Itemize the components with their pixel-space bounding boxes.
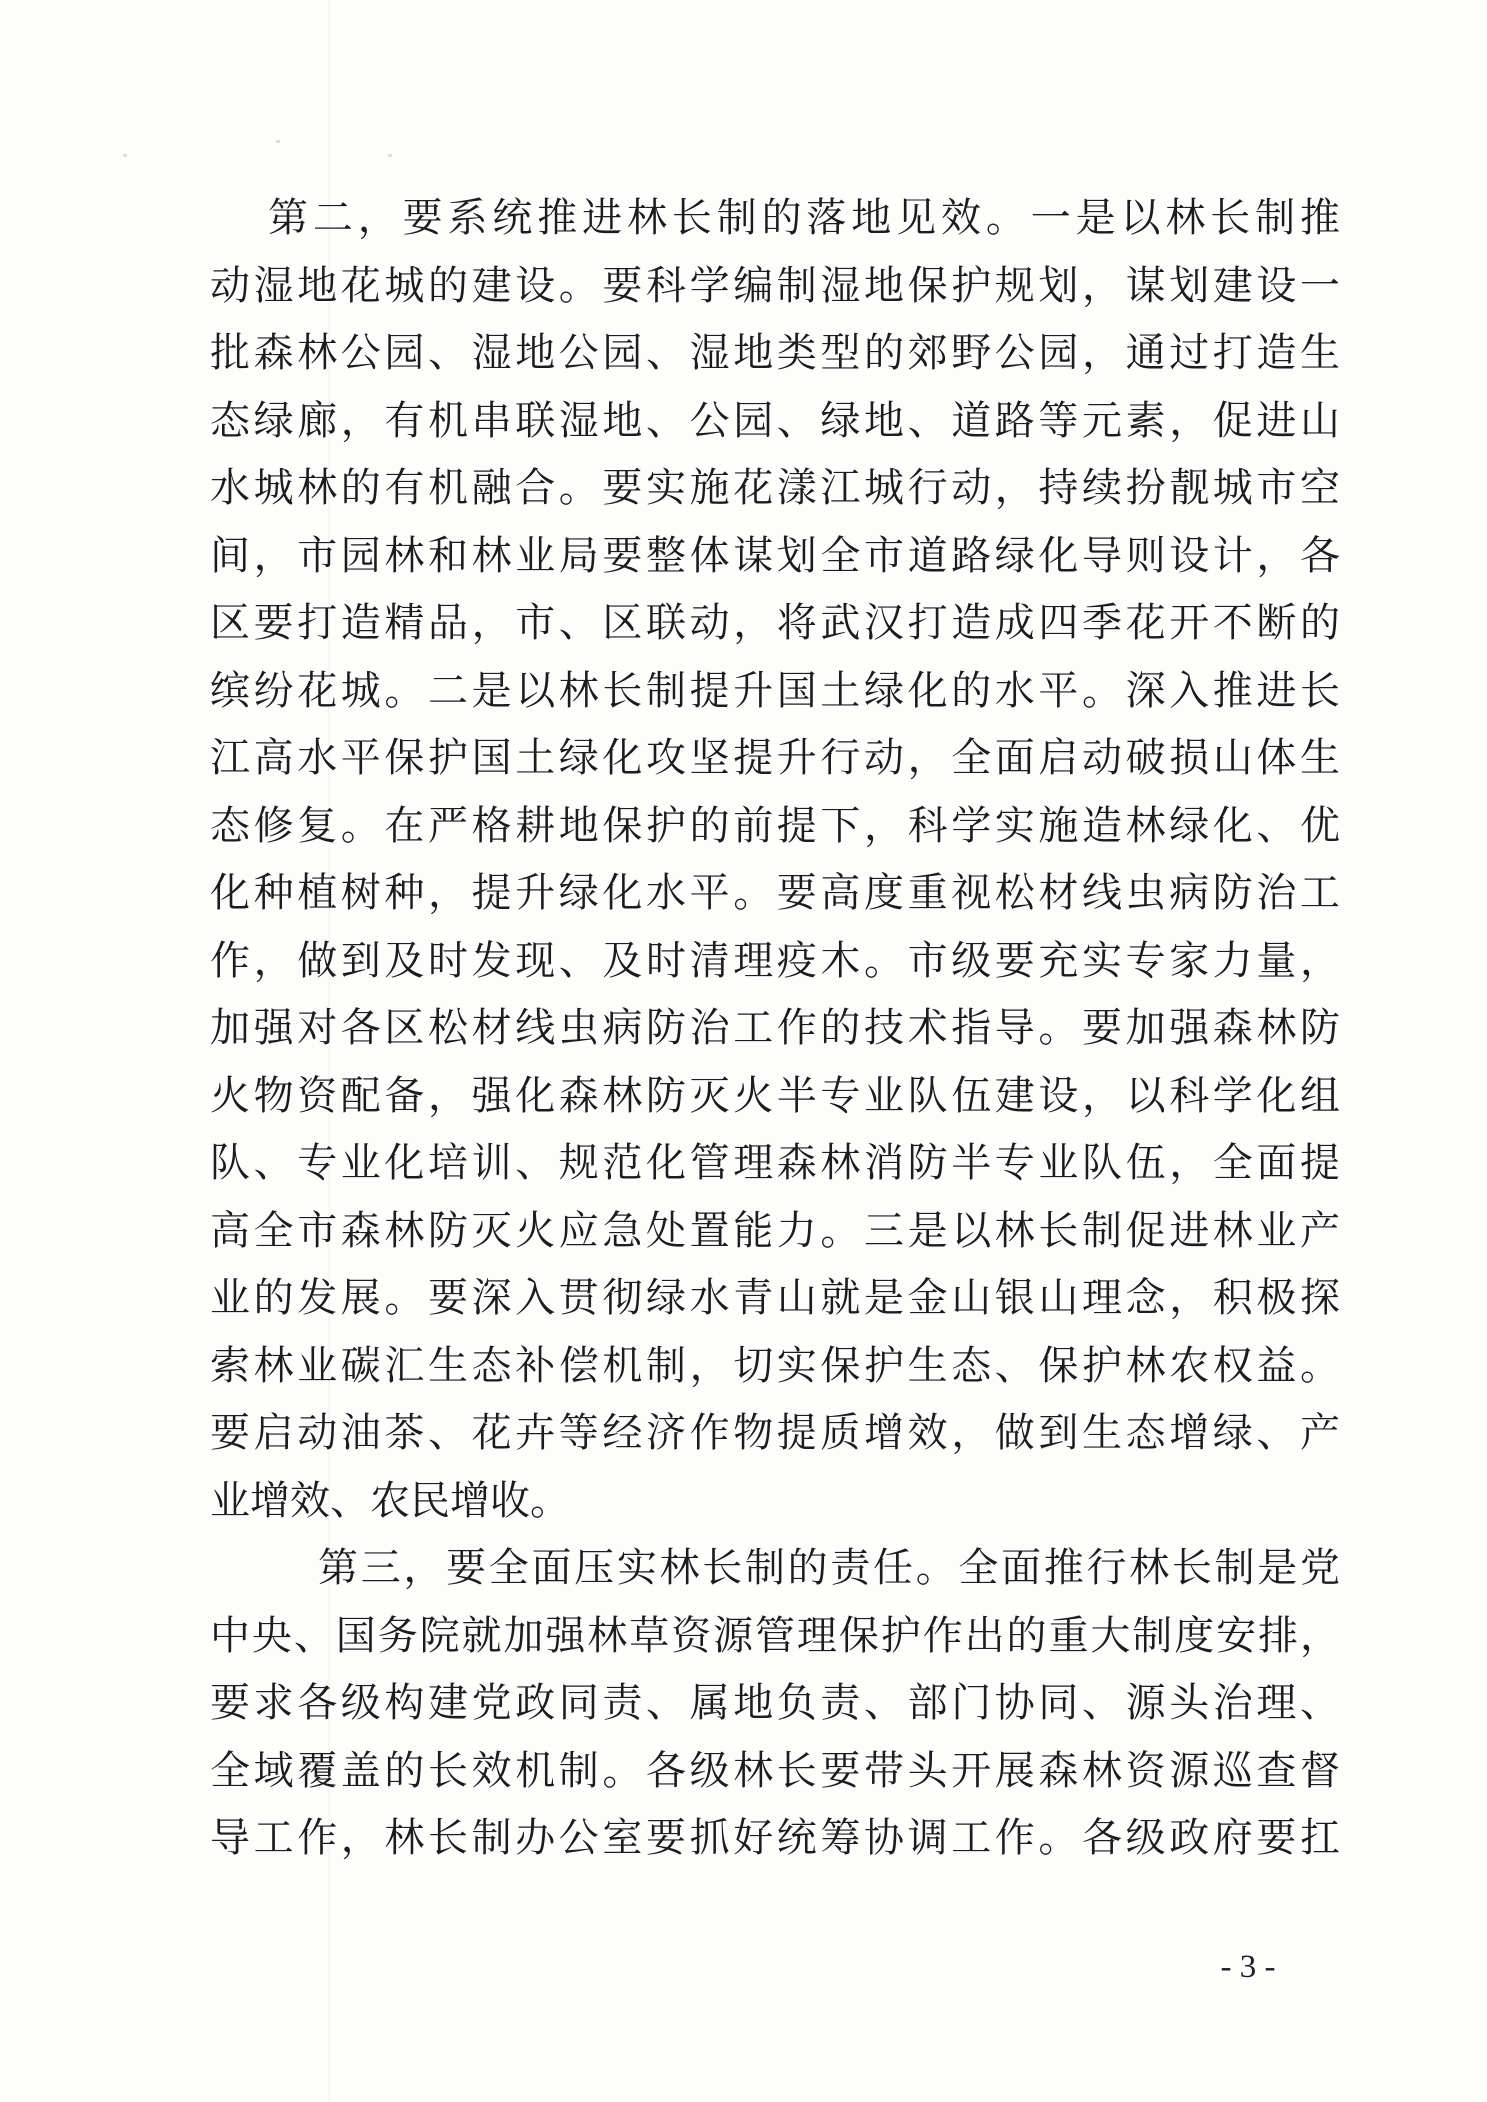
text-line: 水城林的有机融合。要实施花漾江城行动，持续扮靓城市空 bbox=[210, 454, 1340, 522]
text-line: 作，做到及时发现、及时清理疫木。市级要充实专家力量， bbox=[210, 927, 1340, 995]
text-line: 要启动油茶、花卉等经济作物提质增效，做到生态增绿、产 bbox=[210, 1399, 1340, 1467]
text-line: 要求各级构建党政同责、属地负责、部门协同、源头治理、 bbox=[210, 1669, 1340, 1737]
text-line: 区要打造精品，市、区联动，将武汉打造成四季花开不断的 bbox=[210, 589, 1340, 657]
text-line: 加强对各区松材线虫病防治工作的技术指导。要加强森林防 bbox=[210, 994, 1340, 1062]
text-line: 批森林公园、湿地公园、湿地类型的郊野公园，通过打造生 bbox=[210, 319, 1340, 387]
scan-speck bbox=[123, 154, 127, 157]
text-line: 缤纷花城。二是以林长制提升国土绿化的水平。深入推进长 bbox=[210, 657, 1340, 725]
text-line: 高全市森林防灭火应急处置能力。三是以林长制促进林业产 bbox=[210, 1197, 1340, 1265]
page-number: - 3 - bbox=[1193, 1944, 1303, 1990]
text-line: 第二，要系统推进林长制的落地见效。一是以林长制推 bbox=[210, 184, 1340, 252]
scan-speck bbox=[276, 140, 280, 143]
text-line: 江高水平保护国土绿化攻坚提升行动，全面启动破损山体生 bbox=[210, 724, 1340, 792]
document-page: 第二，要系统推进林长制的落地见效。一是以林长制推 动湿地花城的建设。要科学编制湿… bbox=[0, 0, 1487, 2102]
paragraph-second: 第二，要系统推进林长制的落地见效。一是以林长制推 动湿地花城的建设。要科学编制湿… bbox=[210, 184, 1340, 1534]
text-line: 化种植树种，提升绿化水平。要高度重视松材线虫病防治工 bbox=[210, 859, 1340, 927]
text-line: 业增效、农民增收。 bbox=[210, 1467, 1340, 1535]
text-line: 态修复。在严格耕地保护的前提下，科学实施造林绿化、优 bbox=[210, 792, 1340, 860]
text-line: 全域覆盖的长效机制。各级林长要带头开展森林资源巡查督 bbox=[210, 1737, 1340, 1805]
text-line: 业的发展。要深入贯彻绿水青山就是金山银山理念，积极探 bbox=[210, 1264, 1340, 1332]
text-line: 导工作，林长制办公室要抓好统筹协调工作。各级政府要扛 bbox=[210, 1804, 1340, 1872]
text-line: 动湿地花城的建设。要科学编制湿地保护规划，谋划建设一 bbox=[210, 252, 1340, 320]
paragraph-third: 第三，要全面压实林长制的责任。全面推行林长制是党 中央、国务院就加强林草资源管理… bbox=[210, 1534, 1340, 1872]
text-line: 第三，要全面压实林长制的责任。全面推行林长制是党 bbox=[210, 1534, 1340, 1602]
scan-speck bbox=[388, 154, 392, 157]
text-line: 间，市园林和林业局要整体谋划全市道路绿化导则设计，各 bbox=[210, 522, 1340, 590]
text-line: 队、专业化培训、规范化管理森林消防半专业队伍，全面提 bbox=[210, 1129, 1340, 1197]
text-line: 火物资配备，强化森林防灭火半专业队伍建设，以科学化组 bbox=[210, 1062, 1340, 1130]
text-line: 态绿廊，有机串联湿地、公园、绿地、道路等元素，促进山 bbox=[210, 387, 1340, 455]
text-line: 中央、国务院就加强林草资源管理保护作出的重大制度安排， bbox=[210, 1602, 1340, 1670]
body-text: 第二，要系统推进林长制的落地见效。一是以林长制推 动湿地花城的建设。要科学编制湿… bbox=[210, 184, 1340, 1872]
text-line: 索林业碳汇生态补偿机制，切实保护生态、保护林农权益。 bbox=[210, 1332, 1340, 1400]
